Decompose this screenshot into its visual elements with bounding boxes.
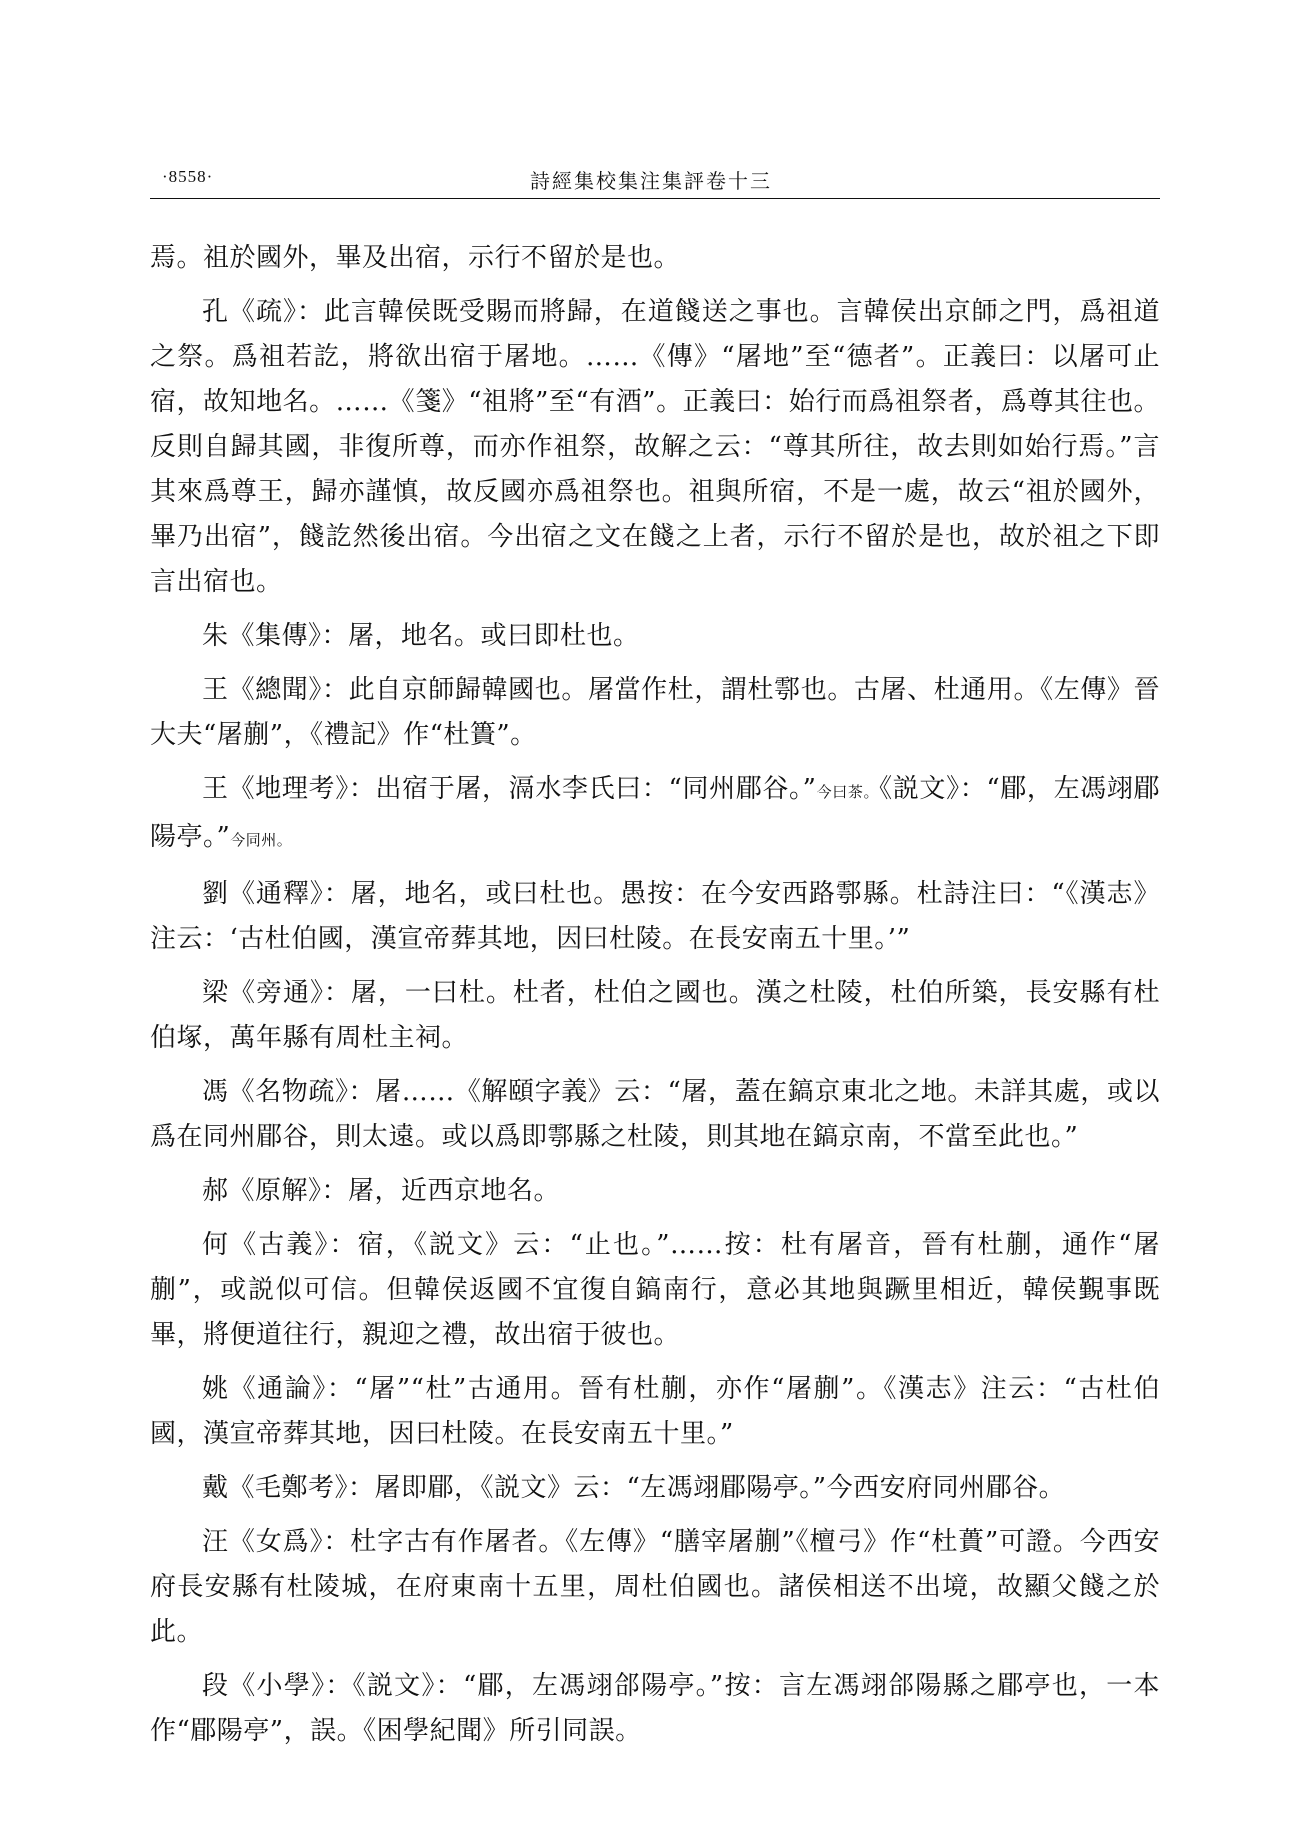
page-header: ·8558· 詩經集校集注集評卷十三 bbox=[150, 163, 1160, 199]
paragraph-duan-xiaoxue: 段《小學》：《説文》：“郿，左馮翊郃陽亭。”按：言左馮翊郃陽縣之郿亭也，一本作“… bbox=[150, 1664, 1160, 1754]
text-run: 劉《通釋》：屠，地名，或曰杜也。愚按：在今安西路鄠縣。杜詩注曰：“《漢志》注云：… bbox=[150, 879, 1160, 954]
text-run: 馮《名物疏》：屠……《解頤字義》云：“屠，蓋在鎬京東北之地。未詳其處，或以爲在同… bbox=[150, 1077, 1160, 1152]
text-run: 焉。祖於國外，畢及出宿，示行不留於是也。 bbox=[150, 243, 680, 273]
header-rule bbox=[150, 198, 1160, 199]
text-run: 郝《原解》：屠，近西京地名。 bbox=[202, 1176, 560, 1206]
paragraph-yao-tonglun: 姚《通論》：“屠”“杜”古通用。晉有杜蒯，亦作“屠蒯”。《漢志》注云：“古杜伯國… bbox=[150, 1367, 1160, 1457]
text-run: 汪《女爲》：杜字古有作屠者。《左傳》“膳宰屠蒯”《檀弓》作“杜蕢”可證。今西安府… bbox=[150, 1527, 1160, 1647]
running-title: 詩經集校集注集評卷十三 bbox=[530, 165, 772, 194]
paragraph-wang-zongwen: 王《總聞》：此自京師歸韓國也。屠當作杜，謂杜鄠也。古屠、杜通用。《左傳》晉大夫“… bbox=[150, 668, 1160, 758]
inline-note: 今曰茶。 bbox=[816, 783, 879, 801]
text-run: 姚《通論》：“屠”“杜”古通用。晉有杜蒯，亦作“屠蒯”。《漢志》注云：“古杜伯國… bbox=[150, 1374, 1160, 1449]
paragraph-continuation: 焉。祖於國外，畢及出宿，示行不留於是也。 bbox=[150, 236, 1160, 281]
paragraph-liang-pangtong: 梁《旁通》：屠，一曰杜。杜者，杜伯之國也。漢之杜陵，杜伯所築，長安縣有杜伯塚，萬… bbox=[150, 971, 1160, 1061]
text-run: 梁《旁通》：屠，一曰杜。杜者，杜伯之國也。漢之杜陵，杜伯所築，長安縣有杜伯塚，萬… bbox=[150, 978, 1160, 1053]
body-text: 焉。祖於國外，畢及出宿，示行不留於是也。 孔《疏》：此言韓侯既受賜而將歸，在道餞… bbox=[150, 236, 1160, 1763]
inline-note: 今同州。 bbox=[230, 831, 292, 849]
text-run: 戴《毛鄭考》：屠即郿，《説文》云：“左馮翊郿陽亭。”今西安府同州郿谷。 bbox=[202, 1473, 1065, 1503]
paragraph-liu-tongshi: 劉《通釋》：屠，地名，或曰杜也。愚按：在今安西路鄠縣。杜詩注曰：“《漢志》注云：… bbox=[150, 872, 1160, 962]
text-run: 王《地理考》：出宿于屠，滆水李氏曰：“同州郿谷。” bbox=[202, 774, 816, 804]
page-number: ·8558· bbox=[162, 167, 213, 187]
paragraph-hao-yuanjie: 郝《原解》：屠，近西京地名。 bbox=[150, 1169, 1160, 1214]
paragraph-wang-dilikao: 王《地理考》：出宿于屠，滆水李氏曰：“同州郿谷。”今曰茶。《説文》：“郿，左馮翊… bbox=[150, 767, 1160, 863]
paragraph-dai-maozhengkao: 戴《毛鄭考》：屠即郿，《説文》云：“左馮翊郿陽亭。”今西安府同州郿谷。 bbox=[150, 1466, 1160, 1511]
paragraph-zhu-jizhuan: 朱《集傳》：屠，地名。或曰即杜也。 bbox=[150, 614, 1160, 659]
paragraph-wang-nuwei: 汪《女爲》：杜字古有作屠者。《左傳》“膳宰屠蒯”《檀弓》作“杜蕢”可證。今西安府… bbox=[150, 1520, 1160, 1655]
text-run: 王《總聞》：此自京師歸韓國也。屠當作杜，謂杜鄠也。古屠、杜通用。《左傳》晉大夫“… bbox=[150, 675, 1160, 750]
paragraph-feng-mingwushu: 馮《名物疏》：屠……《解頤字義》云：“屠，蓋在鎬京東北之地。未詳其處，或以爲在同… bbox=[150, 1070, 1160, 1160]
paragraph-he-guyi: 何《古義》：宿，《説文》云：“止也。”……按：杜有屠音，晉有杜蒯，通作“屠蒯”，… bbox=[150, 1223, 1160, 1358]
text-run: 孔《疏》：此言韓侯既受賜而將歸，在道餞送之事也。言韓侯出京師之門，爲祖道之祭。爲… bbox=[150, 297, 1160, 597]
text-run: 段《小學》：《説文》：“郿，左馮翊郃陽亭。”按：言左馮翊郃陽縣之郿亭也，一本作“… bbox=[150, 1671, 1160, 1746]
text-run: 朱《集傳》：屠，地名。或曰即杜也。 bbox=[202, 621, 640, 651]
text-run: 何《古義》：宿，《説文》云：“止也。”……按：杜有屠音，晉有杜蒯，通作“屠蒯”，… bbox=[150, 1230, 1160, 1350]
paragraph-kong-shu: 孔《疏》：此言韓侯既受賜而將歸，在道餞送之事也。言韓侯出京師之門，爲祖道之祭。爲… bbox=[150, 290, 1160, 605]
